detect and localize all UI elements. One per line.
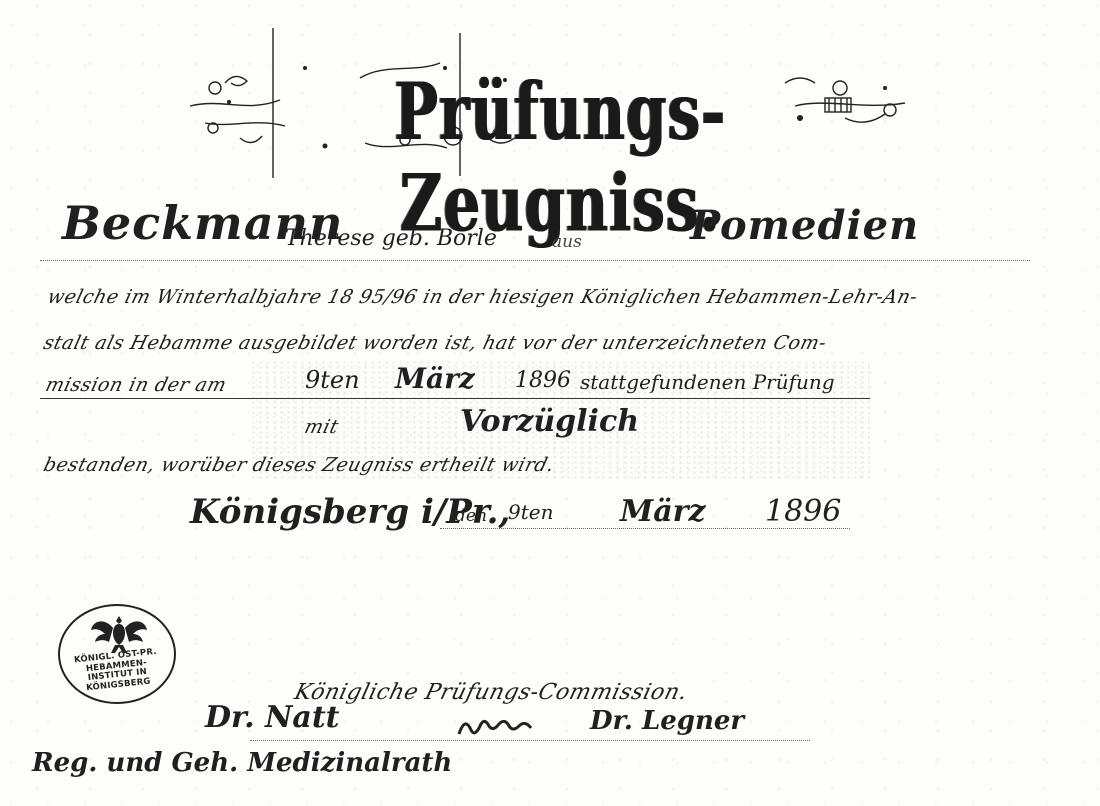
commission-title: Königliche Prüfungs-Commission. [292,680,690,705]
given-name: Therese geb. Borle [285,226,497,251]
issue-year: 1896 [765,494,841,529]
body-line-5: bestanden, worüber dieses Zeugniss erthe… [41,454,556,476]
seal-text: KÖNIGL. OST-PR. HEBAMMEN- INSTITUT IN KÖ… [58,646,175,696]
certificate-title: Prüfungs-Zeugniss. [185,28,925,178]
exam-underline [40,398,870,399]
signature-2-scribble [455,712,565,742]
body-line-2: stalt als Hebamme ausgebildet worden ist… [41,332,829,354]
grade: Vorzüglich [460,404,639,439]
name-dotted-line [40,260,1030,261]
exam-phrase: stattgefundenen Prüfung [580,370,835,394]
issue-day: 9ten [508,500,553,524]
exam-day: 9ten [305,366,360,394]
issue-den: den [455,506,487,526]
body-line-3: mission in der am [43,374,229,396]
signature-1: Dr. Natt [205,700,340,735]
certificate-page: Prüfungs-Zeugniss. Beckmann Therese geb.… [0,0,1100,806]
body-line-1: welche im Winterhalbjahre 18 95/96 in de… [45,286,920,308]
date-dotted-line [440,528,850,529]
place-of-origin: Pomedien [690,202,919,249]
exam-month: März [395,362,475,395]
exam-year: 1896 [515,368,571,393]
issue-month: März [620,494,706,529]
connector-aus: aus [552,232,582,252]
footer-title: Reg. und Geh. Medizinalrath [32,748,452,778]
signature-dotted-line [250,740,810,741]
body-line-4: mit [302,416,341,438]
signature-3: Dr. Legner [590,706,744,736]
institute-seal: KÖNIGL. OST-PR. HEBAMMEN- INSTITUT IN KÖ… [58,604,176,704]
